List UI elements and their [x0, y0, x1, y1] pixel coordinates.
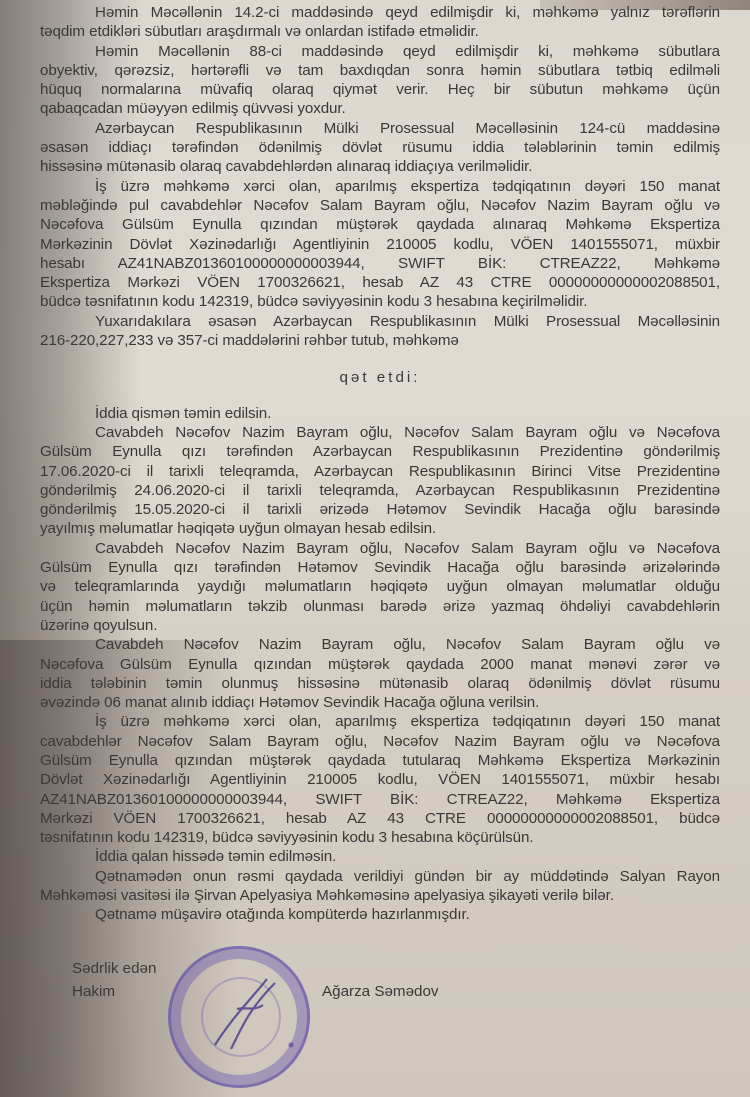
paragraph: Həmin Məcəllənin 14.2-ci maddəsində qeyd…	[40, 3, 720, 42]
text-line: İş üzrə məhkəmə xərci olan, aparılmış ek…	[40, 177, 720, 196]
text-line: Nəcəfova Gülsüm Eynulla qızından müştərə…	[40, 655, 720, 674]
text-line: təsnifatının kodu 142319, büdcə səviyyəs…	[40, 828, 720, 847]
text-line: Cavabdeh Nəcəfov Nazim Bayram oğlu, Nəcə…	[40, 423, 720, 442]
text-line: Həmin Məcəllənin 88-ci maddəsində qeyd e…	[40, 42, 720, 61]
text-line: Azərbaycan Respublikasının Mülki Prosess…	[40, 119, 720, 138]
text-line: Yuxarıdakılara əsasən Azərbaycan Respubl…	[40, 312, 720, 331]
text-line: hissəsinə mütənasib olaraq cavabdehlərdə…	[40, 157, 720, 176]
text-line: qabaqcadan müəyyən edilmiş qüvvəsi yoxdu…	[40, 99, 720, 118]
text-line: iddia tələbinin təmin olunmuş hissəsinə …	[40, 674, 720, 693]
text-line: 17.06.2020-ci il tarixli teleqramda, Azə…	[40, 462, 720, 481]
text-line: Cavabdeh Nəcəfov Nazim Bayram oğlu, Nəcə…	[40, 539, 720, 558]
paragraph: Həmin Məcəllənin 88-ci maddəsində qeyd e…	[40, 42, 720, 119]
paragraph: Cavabdeh Nəcəfov Nazim Bayram oğlu, Nəcə…	[40, 423, 720, 539]
paragraph: İş üzrə məhkəmə xərci olan, aparılmış ek…	[40, 177, 720, 312]
text-line: 216-220,227,233 və 357-ci maddələrini rə…	[40, 331, 720, 350]
decision-heading: qət etdi:	[40, 368, 720, 387]
text-line: məbləğində pul cavabdehlər Nəcəfov Salam…	[40, 196, 720, 215]
judge-name: Ağarza Səmədov	[322, 983, 439, 1000]
text-line: Mərkəzinin Dövlət Xəzinədarlığı Agentliy…	[40, 235, 720, 254]
text-line: Gülsüm Eynulla qızı tərəfindən Hətəmov S…	[40, 558, 720, 577]
paragraph: İddia qismən təmin edilsin.	[40, 404, 720, 423]
text-line: Məhkəməsi vasitəsi ilə Şirvan Apelyasiya…	[40, 886, 720, 905]
court-seal-icon	[168, 946, 310, 1088]
text-line: əsasən iddiaçı tərəfindən ödənilmiş dövl…	[40, 138, 720, 157]
text-line: üzərinə qoyulsun.	[40, 616, 720, 635]
text-line: cavabdehlər Nəcəfov Salam Bayram oğlu, N…	[40, 732, 720, 751]
text-line: Ekspertiza Mərkəzi VÖEN 1700326621, hesa…	[40, 273, 720, 292]
signature-scribble-icon	[171, 949, 307, 1085]
text-line: obyektiv, qərəzsiz, hərtərəfli və tam ba…	[40, 61, 720, 80]
paragraph: İş üzrə məhkəmə xərci olan, aparılmış ek…	[40, 712, 720, 847]
text-line: təqdim etdikləri sübutları araşdırmalı v…	[40, 22, 720, 41]
judge-label: Hakim	[72, 983, 115, 1000]
text-line: Mərkəzi VÖEN 1700326621, hesab AZ 43 CTR…	[40, 809, 720, 828]
text-line: İş üzrə məhkəmə xərci olan, aparılmış ek…	[40, 712, 720, 731]
text-line: Nəcəfova Gülsüm Eynulla qızından müştərə…	[40, 215, 720, 234]
paragraph: Azərbaycan Respublikasının Mülki Prosess…	[40, 119, 720, 177]
paragraph: Cavabdeh Nəcəfov Nazim Bayram oğlu, Nəcə…	[40, 539, 720, 635]
reasoning-section: Həmin Məcəllənin 14.2-ci maddəsində qeyd…	[40, 3, 720, 350]
text-line: hesabı AZ41NABZ01360100000000003944, SWI…	[40, 254, 720, 273]
court-decision-text: Həmin Məcəllənin 14.2-ci maddəsində qeyd…	[40, 0, 720, 925]
text-line: Dövlət Xəzinədarlığı Agentliyinin 210005…	[40, 770, 720, 789]
text-line: Qətnamə müşavirə otağında kompüterdə haz…	[40, 905, 720, 924]
paragraph: Cavabdeh Nəcəfov Nazim Bayram oğlu, Nəcə…	[40, 635, 720, 712]
text-line: İddia qismən təmin edilsin.	[40, 404, 720, 423]
text-line: Gülsüm Eynulla qızından müştərək qaydada…	[40, 751, 720, 770]
text-line: Həmin Məcəllənin 14.2-ci maddəsində qeyd…	[40, 3, 720, 22]
text-line: Cavabdeh Nəcəfov Nazim Bayram oğlu, Nəcə…	[40, 635, 720, 654]
text-line: hüquq normalarına müvafiq olaraq qiymət …	[40, 80, 720, 99]
text-line: üçün həmin məlumatların təkzib olunması …	[40, 597, 720, 616]
text-line: Gülsüm Eynulla qızı tərəfindən Azərbayca…	[40, 442, 720, 461]
paragraph: Yuxarıdakılara əsasən Azərbaycan Respubl…	[40, 312, 720, 351]
text-line: İddia qalan hissədə təmin edilməsin.	[40, 847, 720, 866]
paragraph: Qətnamədən onun rəsmi qaydada verildiyi …	[40, 867, 720, 906]
text-line: AZ41NABZ01360100000000003944, SWIFT BİK:…	[40, 790, 720, 809]
text-line: əvəzində 06 manat alınıb iddiaçı Hətəmov…	[40, 693, 720, 712]
paragraph: Qətnamə müşavirə otağında kompüterdə haz…	[40, 905, 720, 924]
text-line: göndərilmiş 24.06.2020-ci il tarixli tel…	[40, 481, 720, 500]
text-line: yayılmış məlumatlar həqiqətə uyğun olmay…	[40, 519, 720, 538]
paragraph: İddia qalan hissədə təmin edilməsin.	[40, 847, 720, 866]
presiding-label: Sədrlik edən	[72, 960, 156, 977]
ruling-section: İddia qismən təmin edilsin.Cavabdeh Nəcə…	[40, 404, 720, 925]
text-line: və teleqramlarında yaydığı məlumatların …	[40, 577, 720, 596]
text-line: göndərilmiş 15.05.2020-ci il tarixli əri…	[40, 500, 720, 519]
text-line: Qətnamədən onun rəsmi qaydada verildiyi …	[40, 867, 720, 886]
text-line: büdcə təsnifatının kodu 142319, büdcə sə…	[40, 292, 720, 311]
